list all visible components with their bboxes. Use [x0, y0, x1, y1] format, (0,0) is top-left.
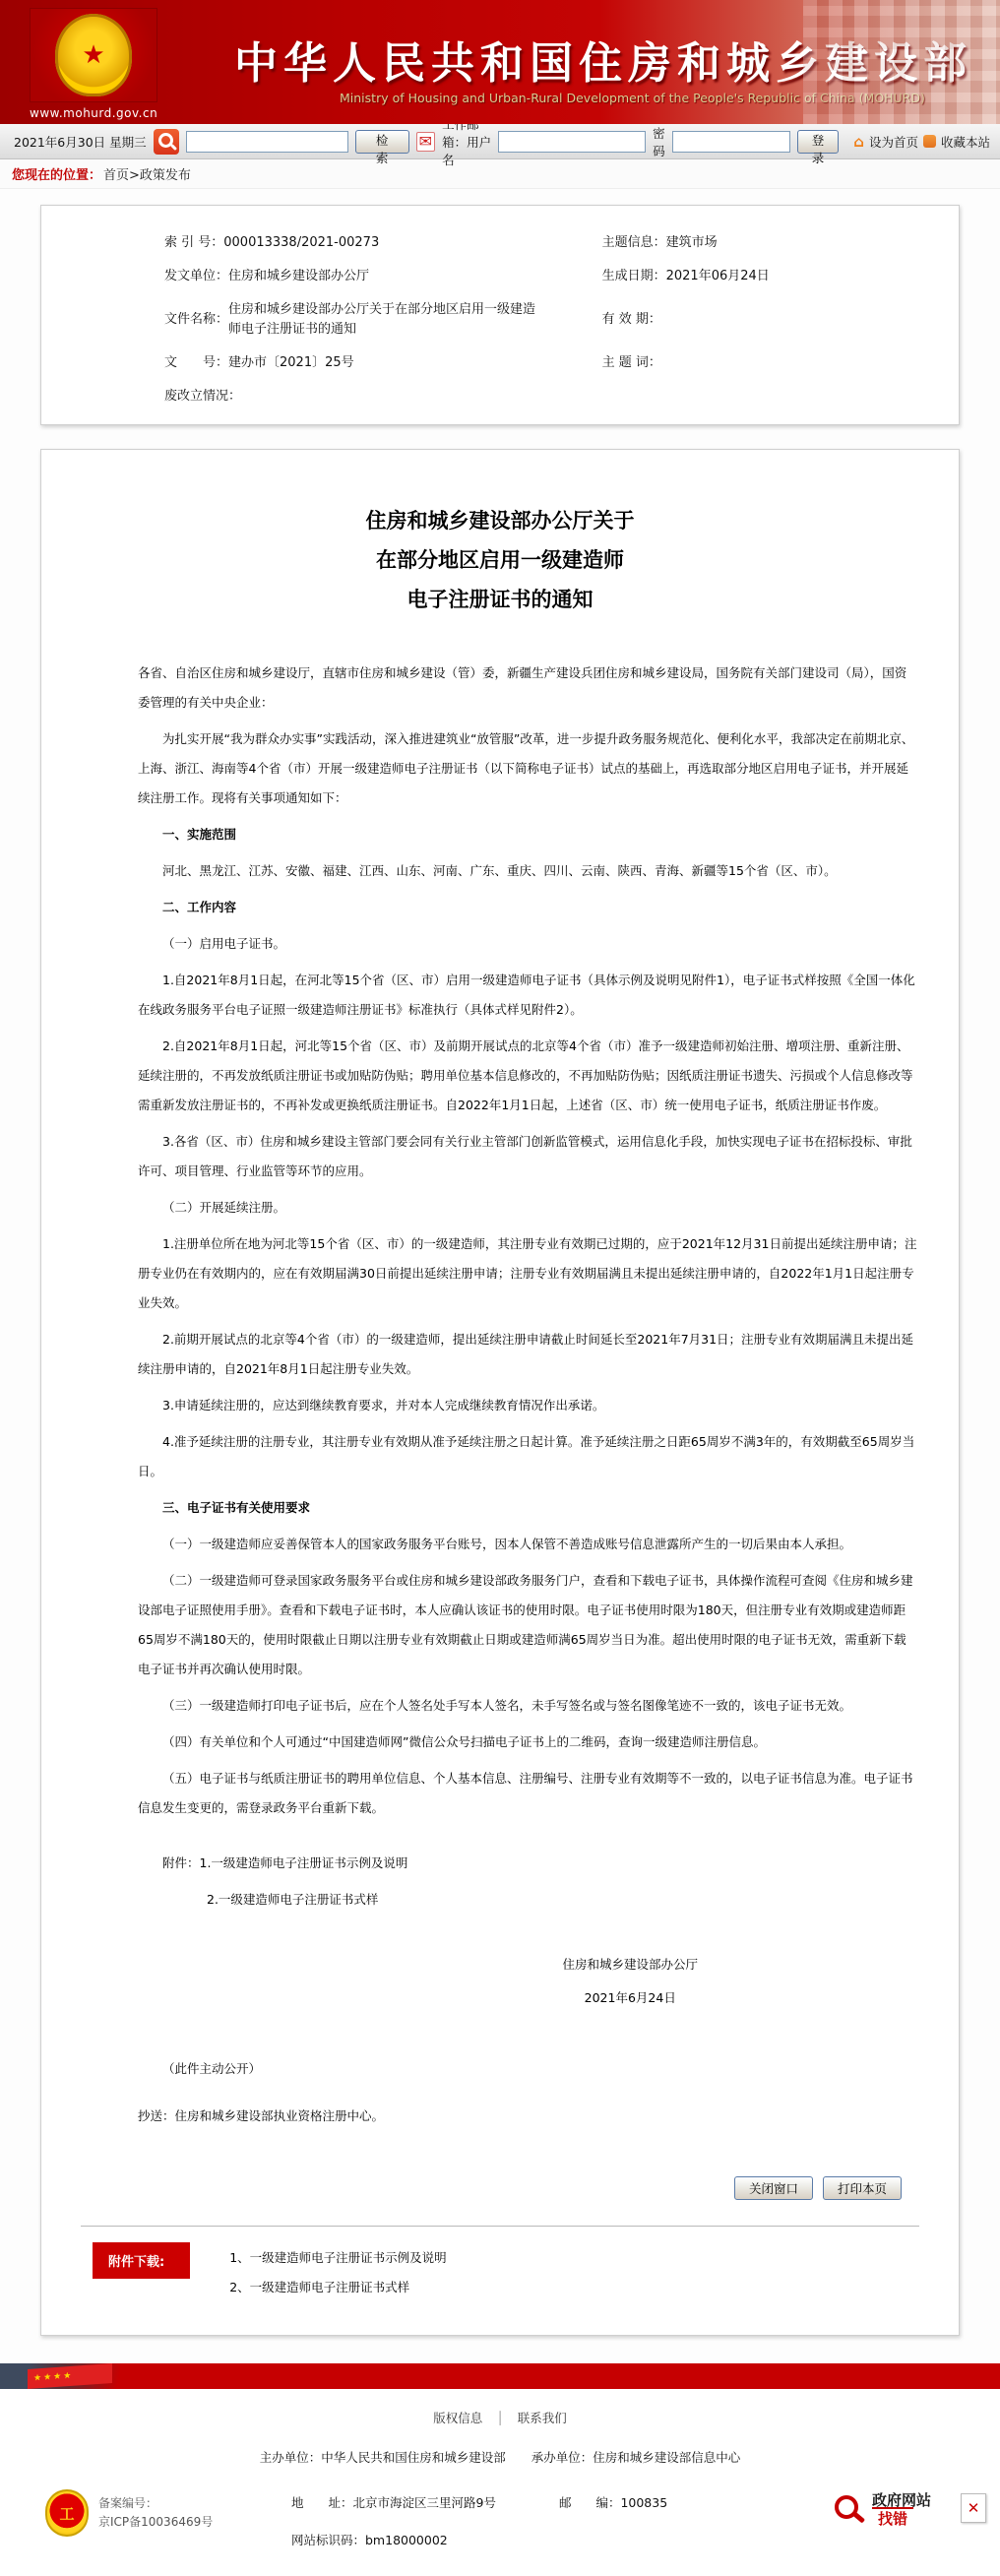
- password-label: 密码: [653, 124, 665, 159]
- info-issuer-value: 住房和城乡建设部办公厅: [228, 267, 369, 286]
- attachment-links: 1、一级建造师电子注册证书示例及说明2、一级建造师电子注册证书式样: [229, 2242, 446, 2295]
- search-button[interactable]: 检 索: [355, 130, 409, 154]
- error-report-magnifier-icon: [833, 2491, 866, 2529]
- document-paragraphs: 各省、自治区住房和城乡建设厅，直辖市住房和城乡建设（管）委，新疆生产建设兵团住房…: [81, 659, 919, 1915]
- national-emblem-box: ★: [30, 8, 157, 102]
- document-paragraph: （三）一级建造师打印电子证书后，应在个人签名处手写本人签名，未手写签名或与签名图…: [138, 1691, 917, 1721]
- gov-error-report-widget[interactable]: 政府网站 找错: [833, 2491, 931, 2529]
- mail-icon: ✉: [416, 132, 435, 152]
- info-filename-label: 文件名称：: [164, 310, 228, 330]
- doc-info-card: 索 引 号： 000013338/2021-00273 主题信息： 建筑市场 发…: [40, 205, 960, 425]
- footer: 版权信息 │ 联系我们 主办单位：中华人民共和国住房和城乡建设部 承办单位：住房…: [0, 2389, 1000, 2576]
- site-title: 中华人民共和国住房和城乡建设部: [234, 28, 972, 91]
- footer-band: ★★★★: [0, 2363, 1000, 2389]
- error-report-text: 政府网站 找错: [872, 2491, 931, 2529]
- document-paragraph: 附件：1.一级建造师电子注册证书示例及说明: [138, 1849, 917, 1878]
- document-paragraph: 1.自2021年8月1日起，在河北等15个省（区、市）启用一级建造师电子证书（具…: [138, 966, 917, 1025]
- info-validity: 有 效 期：: [543, 300, 929, 340]
- document-paragraph: 4.准予延续注册的注册专业，其注册专业有效期从准予延续注册之日起计算。准予延续注…: [138, 1427, 917, 1486]
- organizer-text: 主办单位：中华人民共和国住房和城乡建设部: [260, 2450, 506, 2465]
- cc-note: 抄送：住房和城乡建设部执业资格注册中心。: [81, 2102, 919, 2131]
- signature-date: 2021年6月24日: [562, 1981, 698, 2015]
- info-docnum-value: 建办市〔2021〕25号: [228, 353, 354, 373]
- document-paragraph: 2.一级建造师电子注册证书式样: [138, 1885, 917, 1915]
- document-title-line: 在部分地区启用一级建造师: [81, 540, 919, 580]
- site-subtitle: Ministry of Housing and Urban-Rural Deve…: [340, 91, 925, 105]
- icp-badge-icon: 工: [45, 2489, 89, 2537]
- set-homepage-link[interactable]: 设为首页: [869, 133, 918, 151]
- document-paragraph: 一、实施范围: [138, 820, 917, 849]
- date-text: 2021年6月30日 星期三: [14, 133, 147, 151]
- address-text: 地 址：北京市海淀区三里河路9号: [291, 2495, 496, 2510]
- document-paragraph: （一）一级建造师应妥善保管本人的国家政务服务平台账号，因本人保管不善造成账号信息…: [138, 1530, 917, 1559]
- info-filename-value: 住房和城乡建设部办公厅关于在部分地区启用一级建造师电子注册证书的通知: [228, 300, 543, 340]
- document-paragraph: 各省、自治区住房和城乡建设厅，直辖市住房和城乡建设（管）委，新疆生产建设兵团住房…: [138, 659, 917, 718]
- breadcrumb-label: 您现在的位置：: [12, 164, 101, 183]
- footer-separator: │: [496, 2411, 504, 2425]
- info-index-label: 索 引 号：: [164, 233, 223, 253]
- attachment-download-badge: 附件下载:: [93, 2242, 190, 2279]
- contact-link[interactable]: 联系我们: [518, 2411, 567, 2425]
- info-validity-label: 有 效 期：: [602, 310, 661, 330]
- info-keywords: 主 题 词：: [543, 353, 929, 373]
- info-issuer-label: 发文单位：: [164, 267, 228, 286]
- info-index: 索 引 号： 000013338/2021-00273: [71, 233, 543, 253]
- document-paragraph: （五）电子证书与纸质注册证书的聘用单位信息、个人基本信息、注册编号、注册专业有效…: [138, 1764, 917, 1823]
- bookmark-icon: [923, 135, 936, 148]
- document-paragraph: 3.申请延续注册的，应达到继续教育要求，并对本人完成继续教育情况作出承诺。: [138, 1391, 917, 1420]
- document-paragraph: （二）开展延续注册。: [138, 1193, 917, 1223]
- error-report-line2: 找错: [872, 2507, 913, 2528]
- public-disclosure-note: （此件主动公开）: [81, 2054, 919, 2084]
- document-title-line: 住房和城乡建设部办公厅关于: [81, 501, 919, 540]
- attachment-download-section: 附件下载: 1、一级建造师电子注册证书示例及说明2、一级建造师电子注册证书式样: [81, 2227, 919, 2305]
- document-paragraph: （四）有关单位和个人可通过“中国建造师网”微信公众号扫描电子证书上的二维码，查询…: [138, 1728, 917, 1757]
- document-paragraph: 3.各省（区、市）住房和城乡建设主管部门要会同有关行业主管部门创新监管模式，运用…: [138, 1127, 917, 1186]
- address-line: 地 址：北京市海淀区三里河路9号 邮 编：100835: [291, 2493, 833, 2513]
- info-topic: 主题信息： 建筑市场: [543, 233, 929, 253]
- site-header: ★ www.mohurd.gov.cn 中华人民共和国住房和城乡建设部 Mini…: [0, 0, 1000, 124]
- toolbar: 2021年6月30日 星期三 检 索 ✉ 工作邮箱：用户名 密码 登录 ⌂ 设为…: [0, 124, 1000, 159]
- document-paragraph: 二、工作内容: [138, 893, 917, 922]
- document-paragraph: 2.自2021年8月1日起，河北等15个省（区、市）及前期开展试点的北京等4个省…: [138, 1032, 917, 1120]
- info-repeal-label: 废改立情况：: [164, 387, 241, 407]
- login-button[interactable]: 登录: [797, 130, 840, 154]
- copyright-link[interactable]: 版权信息: [433, 2411, 482, 2425]
- breadcrumb-path[interactable]: 首页>政策发布: [103, 164, 191, 183]
- document-title-line: 电子注册证书的通知: [81, 580, 919, 619]
- site-url: www.mohurd.gov.cn: [30, 106, 157, 120]
- info-docnum: 文 号： 建办市〔2021〕25号: [71, 353, 543, 373]
- site-code-line: 网站标识码：bm18000002: [291, 2531, 833, 2550]
- info-issuer: 发文单位： 住房和城乡建设部办公厅: [71, 267, 543, 286]
- document-paragraph: （二）一级建造师可登录国家政务服务平台或住房和城乡建设部政务服务门户，查看和下载…: [138, 1566, 917, 1684]
- icp-group: 工 备案编号： 京ICP备10036469号: [45, 2489, 291, 2537]
- close-window-button[interactable]: 关闭窗口: [734, 2176, 813, 2200]
- info-keywords-label: 主 题 词：: [602, 353, 661, 373]
- doc-info-table: 索 引 号： 000013338/2021-00273 主题信息： 建筑市场 发…: [71, 233, 929, 407]
- info-gen-date: 生成日期： 2021年06月24日: [543, 267, 929, 286]
- document-paragraph: 2.前期开展试点的北京等4个省（市）的一级建造师，提出延续注册申请截止时间延长至…: [138, 1325, 917, 1384]
- document-paragraph: 1.注册单位所在地为河北等15个省（区、市）的一级建造师，其注册专业有效期已过期…: [138, 1229, 917, 1318]
- footer-bottom: 工 备案编号： 京ICP备10036469号 地 址：北京市海淀区三里河路9号 …: [0, 2489, 1000, 2550]
- info-filename: 文件名称： 住房和城乡建设部办公厅关于在部分地区启用一级建造师电子注册证书的通知: [71, 300, 543, 340]
- footer-organizers: 主办单位：中华人民共和国住房和城乡建设部 承办单位：住房和城乡建设部信息中心: [0, 2448, 1000, 2466]
- info-gen-date-value: 2021年06月24日: [666, 267, 770, 286]
- signature-block: 住房和城乡建设部办公厅 2021年6月24日: [562, 1948, 698, 2015]
- signature-org: 住房和城乡建设部办公厅: [562, 1948, 698, 1981]
- site-code-text: 网站标识码：bm18000002: [291, 2533, 448, 2547]
- document-paragraph: 三、电子证书有关使用要求: [138, 1493, 917, 1523]
- document-paragraph: 河北、黑龙江、江苏、安徽、福建、江西、山东、河南、广东、重庆、四川、云南、陕西、…: [138, 856, 917, 886]
- document-buttons: 关闭窗口 打印本页: [81, 2176, 902, 2200]
- undertaker-text: 承办单位：住房和城乡建设部信息中心: [531, 2450, 741, 2465]
- info-topic-value: 建筑市场: [666, 233, 718, 253]
- search-input[interactable]: [186, 131, 348, 153]
- username-input[interactable]: [498, 131, 646, 153]
- icp-text: 备案编号： 京ICP备10036469号: [98, 2494, 213, 2532]
- page: ★ www.mohurd.gov.cn 中华人民共和国住房和城乡建设部 Mini…: [0, 0, 1000, 2576]
- footer-links: 版权信息 │ 联系我们: [0, 2409, 1000, 2426]
- address-group: 地 址：北京市海淀区三里河路9号 邮 编：100835 网站标识码：bm1800…: [291, 2489, 833, 2550]
- info-repeal: 废改立情况：: [71, 387, 543, 407]
- info-gen-date-label: 生成日期：: [602, 267, 666, 286]
- bookmark-link[interactable]: 收藏本站: [941, 133, 990, 151]
- close-widget-button[interactable]: ✕: [961, 2493, 986, 2523]
- home-icon: ⌂: [853, 133, 864, 151]
- info-docnum-label: 文 号：: [164, 353, 228, 373]
- document-paragraph: 为扎实开展“我为群众办实事”实践活动，深入推进建筑业“放管服”改革，进一步提升政…: [138, 724, 917, 813]
- flag-icon: ★★★★: [28, 2363, 112, 2389]
- national-emblem-icon: ★: [55, 14, 132, 96]
- document-paragraph: （一）启用电子证书。: [138, 929, 917, 959]
- document-card: 住房和城乡建设部办公厅关于 在部分地区启用一级建造师 电子注册证书的通知 各省、…: [40, 449, 960, 2336]
- attachment-download-link[interactable]: 2、一级建造师电子注册证书式样: [229, 2278, 446, 2295]
- password-input[interactable]: [672, 131, 790, 153]
- postcode-text: 邮 编：100835: [559, 2495, 667, 2510]
- breadcrumb: 您现在的位置： 首页>政策发布: [0, 159, 1000, 189]
- document-title: 住房和城乡建设部办公厅关于 在部分地区启用一级建造师 电子注册证书的通知: [81, 501, 919, 619]
- attachment-download-link[interactable]: 1、一级建造师电子注册证书示例及说明: [229, 2248, 446, 2266]
- search-icon[interactable]: [154, 129, 179, 155]
- flag-image: ★★★★: [0, 2363, 157, 2389]
- icp-label: 备案编号：: [98, 2496, 157, 2510]
- icp-value[interactable]: 京ICP备10036469号: [98, 2515, 213, 2529]
- info-index-value: 000013338/2021-00273: [223, 233, 379, 253]
- info-topic-label: 主题信息：: [602, 233, 666, 253]
- print-page-button[interactable]: 打印本页: [823, 2176, 902, 2200]
